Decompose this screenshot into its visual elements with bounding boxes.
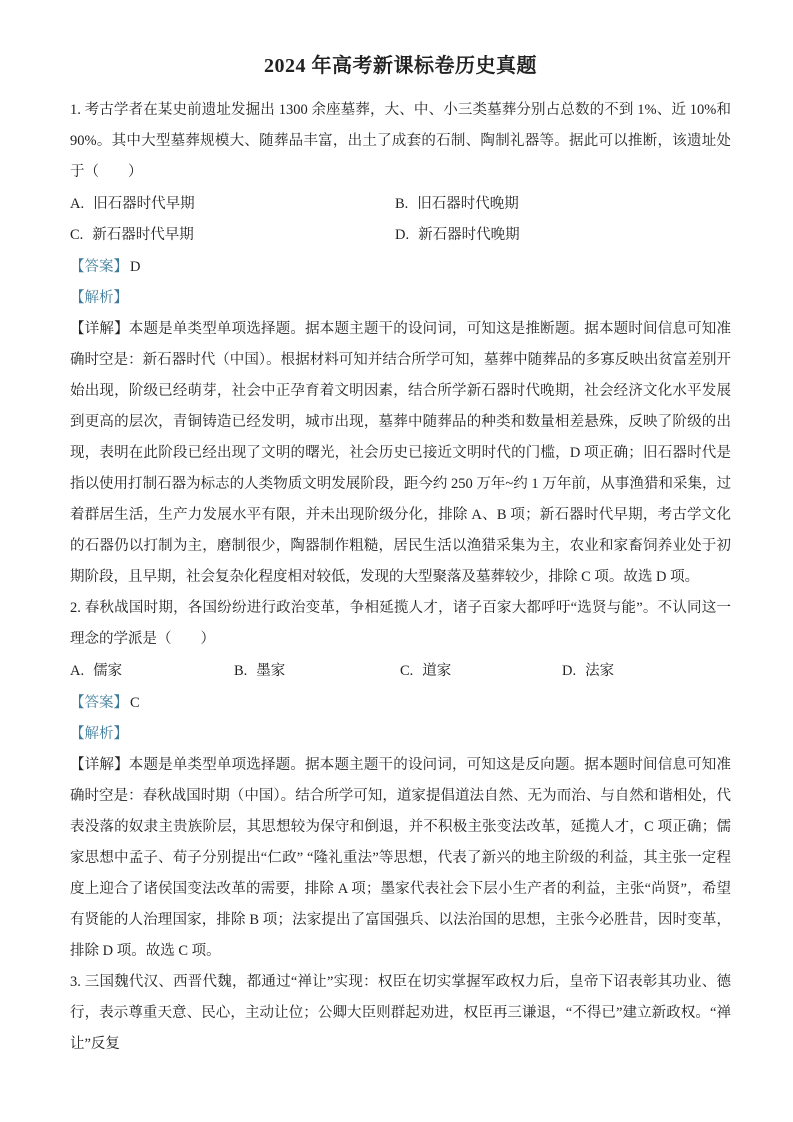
analysis-label: 【解析】 — [70, 290, 128, 306]
question-3-partial: 3. 三国魏代汉、西晋代魏，都通过“禅让”实现：权臣在切实掌握军政权力后，皇帝下… — [70, 967, 731, 1060]
option-label: D. — [562, 663, 576, 679]
option-label: B. — [395, 196, 408, 212]
page-title: 2024 年高考新课标卷历史真题 — [70, 50, 731, 82]
question-1-option-c: C.新石器时代早期 — [70, 220, 395, 251]
option-label: C. — [70, 227, 83, 243]
question-2-option-b: B.墨家 — [234, 656, 400, 687]
answer-label: 【答案】 — [70, 695, 128, 711]
exam-document-page: 2024 年高考新课标卷历史真题 1. 考古学者在某史前遗址发掘出 1300 余… — [0, 0, 793, 1122]
question-1-stem: 1. 考古学者在某史前遗址发掘出 1300 余座墓葬，大、中、小三类墓葬分别占总… — [70, 95, 731, 188]
question-1: 1. 考古学者在某史前遗址发掘出 1300 余座墓葬，大、中、小三类墓葬分别占总… — [70, 95, 731, 593]
question-2-analysis-label: 【解析】 — [70, 719, 731, 750]
question-3-stem-partial: 3. 三国魏代汉、西晋代魏，都通过“禅让”实现：权臣在切实掌握军政权力后，皇帝下… — [70, 967, 731, 1060]
question-1-analysis-label: 【解析】 — [70, 283, 731, 314]
question-2-answer-line: 【答案】C — [70, 688, 731, 719]
question-1-option-b: B.旧石器时代晚期 — [395, 189, 731, 220]
answer-label: 【答案】 — [70, 259, 128, 275]
answer-value: C — [130, 695, 140, 711]
option-text: 新石器时代晚期 — [418, 227, 520, 243]
option-label: B. — [234, 663, 247, 679]
question-2-detail: 【详解】本题是单类型单项选择题。据本题主题干的设问词，可知这是反向题。据本题时间… — [70, 750, 731, 967]
question-2-option-a: A.儒家 — [70, 656, 234, 687]
question-2: 2. 春秋战国时期，各国纷纷进行政治变革，争相延揽人才，诸子百家大都呼吁“选贤与… — [70, 593, 731, 967]
option-text: 儒家 — [93, 663, 122, 679]
question-1-option-d: D.新石器时代晚期 — [395, 220, 731, 251]
question-1-detail: 【详解】本题是单类型单项选择题。据本题主题干的设问词，可知这是推断题。据本题时间… — [70, 314, 731, 593]
question-1-option-a: A.旧石器时代早期 — [70, 189, 395, 220]
option-text: 道家 — [422, 663, 451, 679]
answer-value: D — [130, 259, 140, 275]
question-2-stem: 2. 春秋战国时期，各国纷纷进行政治变革，争相延揽人才，诸子百家大都呼吁“选贤与… — [70, 593, 731, 655]
option-text: 墨家 — [256, 663, 285, 679]
option-label: A. — [70, 663, 84, 679]
option-label: D. — [395, 227, 409, 243]
question-1-answer-line: 【答案】D — [70, 252, 731, 283]
question-2-option-d: D.法家 — [562, 656, 731, 687]
option-label: C. — [400, 663, 413, 679]
question-1-options: A.旧石器时代早期 B.旧石器时代晚期 C.新石器时代早期 D.新石器时代晚期 — [70, 189, 731, 251]
question-2-options: A.儒家 B.墨家 C.道家 D.法家 — [70, 656, 731, 687]
option-text: 旧石器时代晚期 — [417, 196, 519, 212]
option-label: A. — [70, 196, 84, 212]
option-text: 新石器时代早期 — [92, 227, 194, 243]
analysis-label: 【解析】 — [70, 726, 128, 742]
option-text: 法家 — [585, 663, 614, 679]
option-text: 旧石器时代早期 — [93, 196, 195, 212]
question-2-option-c: C.道家 — [400, 656, 562, 687]
